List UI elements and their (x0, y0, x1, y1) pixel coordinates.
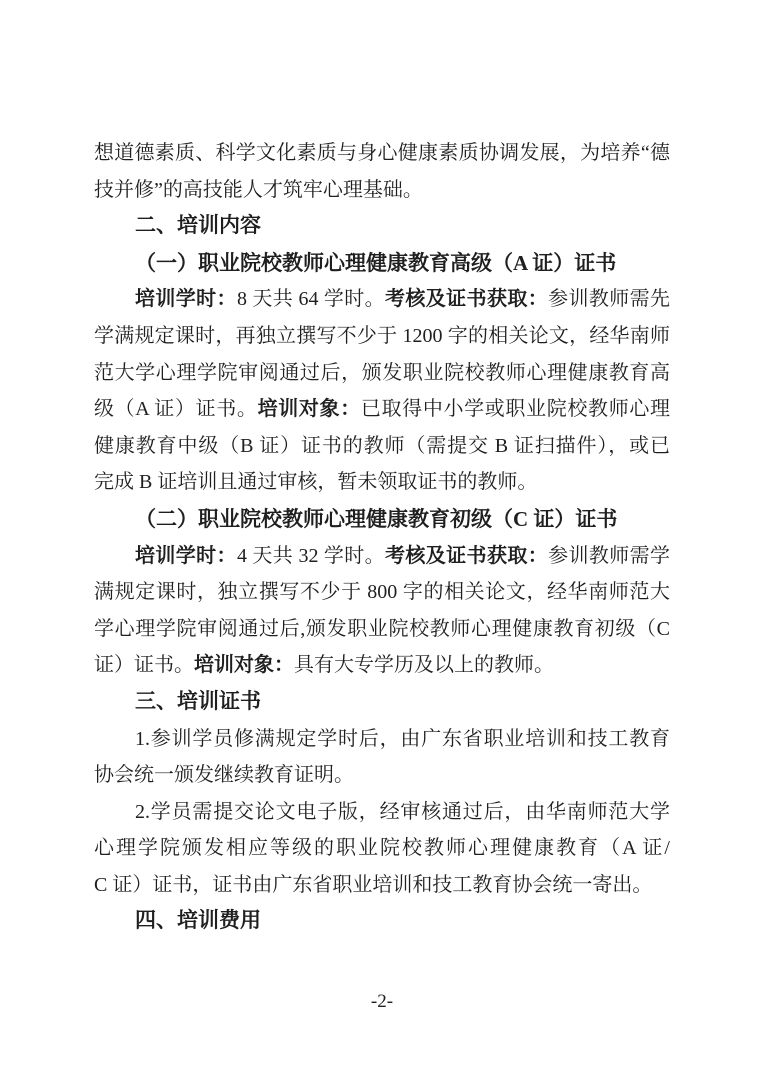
text-segment: 学心理学院审阅通过后,颁发职业院校教师心理健康教育初级（C (94, 618, 670, 640)
text-segment: 满规定课时，独立撰写不少于 800 字的相关论文，经华南师范大 (94, 581, 670, 603)
text-line: 2.学员需提交论文电子版，经审核通过后，由华南师范大学 (94, 794, 670, 831)
text-segment: 1.参训学员修满规定学时后，由广东省职业培训和技工教育 (135, 728, 670, 750)
text-segment: 心理学院颁发相应等级的职业院校教师心理健康教育（A 证/ (94, 837, 670, 859)
text-line: 1.参训学员修满规定学时后，由广东省职业培训和技工教育 (94, 721, 670, 758)
text-segment: 考核及证书获取： (385, 545, 548, 567)
text-line: 学心理学院审阅通过后,颁发职业院校教师心理健康教育初级（C (94, 611, 670, 648)
text-segment: 学满规定课时，再独立撰写不少于 1200 字的相关论文，经华南师 (94, 325, 670, 347)
text-segment: 2.学员需提交论文电子版，经审核通过后，由华南师范大学 (135, 801, 670, 823)
text-segment: 协会统一颁发继续教育证明。 (94, 764, 354, 786)
text-line: 技并修”的高技能人才筑牢心理基础。 (94, 172, 670, 209)
text-line: 二、培训内容 (94, 208, 670, 245)
text-segment: 想道德素质、科学文化素质与身心健康素质协调发展，为培养“德 (94, 142, 670, 164)
text-segment: 健康教育中级（B 证）证书的教师（需提交 B 证扫描件），或已 (94, 435, 670, 457)
text-line: 心理学院颁发相应等级的职业院校教师心理健康教育（A 证/ (94, 830, 670, 867)
text-segment: （二）职业院校教师心理健康教育初级（C 证）证书 (135, 507, 617, 531)
text-segment: 已取得中小学或职业院校教师心理 (361, 398, 670, 420)
text-segment: 参训教师需学 (548, 545, 670, 567)
document-page: 想道德素质、科学文化素质与身心健康素质协调发展，为培养“德技并修”的高技能人才筑… (0, 0, 764, 1080)
text-line: 培训学时：8 天共 64 学时。考核及证书获取：参训教师需先 (94, 281, 670, 318)
text-segment: 考核及证书获取： (385, 288, 548, 310)
text-segment: 技并修”的高技能人才筑牢心理基础。 (94, 179, 423, 201)
text-segment: 二、培训内容 (135, 214, 261, 237)
text-line: C 证）证书，证书由广东省职业培训和技工教育协会统一寄出。 (94, 867, 670, 904)
text-segment: 四、培训费用 (135, 909, 261, 932)
text-line: （一）职业院校教师心理健康教育高级（A 证）证书 (94, 245, 670, 282)
text-segment: 参训教师需先 (548, 288, 670, 310)
text-line: （二）职业院校教师心理健康教育初级（C 证）证书 (94, 501, 670, 538)
text-segment: 培训学时： (135, 288, 237, 310)
text-line: 培训学时：4 天共 32 学时。考核及证书获取：参训教师需学 (94, 538, 670, 575)
text-segment: 培训对象： (194, 654, 294, 676)
text-segment: 级（A 证）证书。 (94, 398, 258, 420)
text-line: 证）证书。培训对象：具有大专学历及以上的教师。 (94, 647, 670, 684)
text-segment: C 证）证书，证书由广东省职业培训和技工教育协会统一寄出。 (94, 874, 652, 896)
text-line: 级（A 证）证书。培训对象：已取得中小学或职业院校教师心理 (94, 391, 670, 428)
text-segment: 三、培训证书 (135, 690, 261, 713)
text-segment: 培训学时： (135, 545, 237, 567)
text-line: 三、培训证书 (94, 684, 670, 721)
text-segment: 范大学心理学院审阅通过后，颁发职业院校教师心理健康教育高 (94, 362, 670, 384)
page-number: -2- (94, 991, 670, 1013)
text-segment: 4 天共 32 学时。 (237, 545, 385, 567)
text-line: 想道德素质、科学文化素质与身心健康素质协调发展，为培养“德 (94, 135, 670, 172)
text-segment: 培训对象： (258, 398, 361, 420)
text-line: 范大学心理学院审阅通过后，颁发职业院校教师心理健康教育高 (94, 355, 670, 392)
text-line: 学满规定课时，再独立撰写不少于 1200 字的相关论文，经华南师 (94, 318, 670, 355)
text-segment: 8 天共 64 学时。 (237, 288, 385, 310)
text-line: 四、培训费用 (94, 903, 670, 940)
text-line: 协会统一颁发继续教育证明。 (94, 757, 670, 794)
text-line: 满规定课时，独立撰写不少于 800 字的相关论文，经华南师范大 (94, 574, 670, 611)
text-line: 健康教育中级（B 证）证书的教师（需提交 B 证扫描件），或已 (94, 428, 670, 465)
text-segment: 完成 B 证培训且通过审核，暂未领取证书的教师。 (94, 471, 537, 493)
document-body: 想道德素质、科学文化素质与身心健康素质协调发展，为培养“德技并修”的高技能人才筑… (94, 135, 670, 940)
text-segment: 证）证书。 (94, 654, 194, 676)
text-segment: （一）职业院校教师心理健康教育高级（A 证）证书 (135, 251, 616, 275)
text-segment: 具有大专学历及以上的教师。 (294, 654, 554, 676)
text-line: 完成 B 证培训且通过审核，暂未领取证书的教师。 (94, 464, 670, 501)
